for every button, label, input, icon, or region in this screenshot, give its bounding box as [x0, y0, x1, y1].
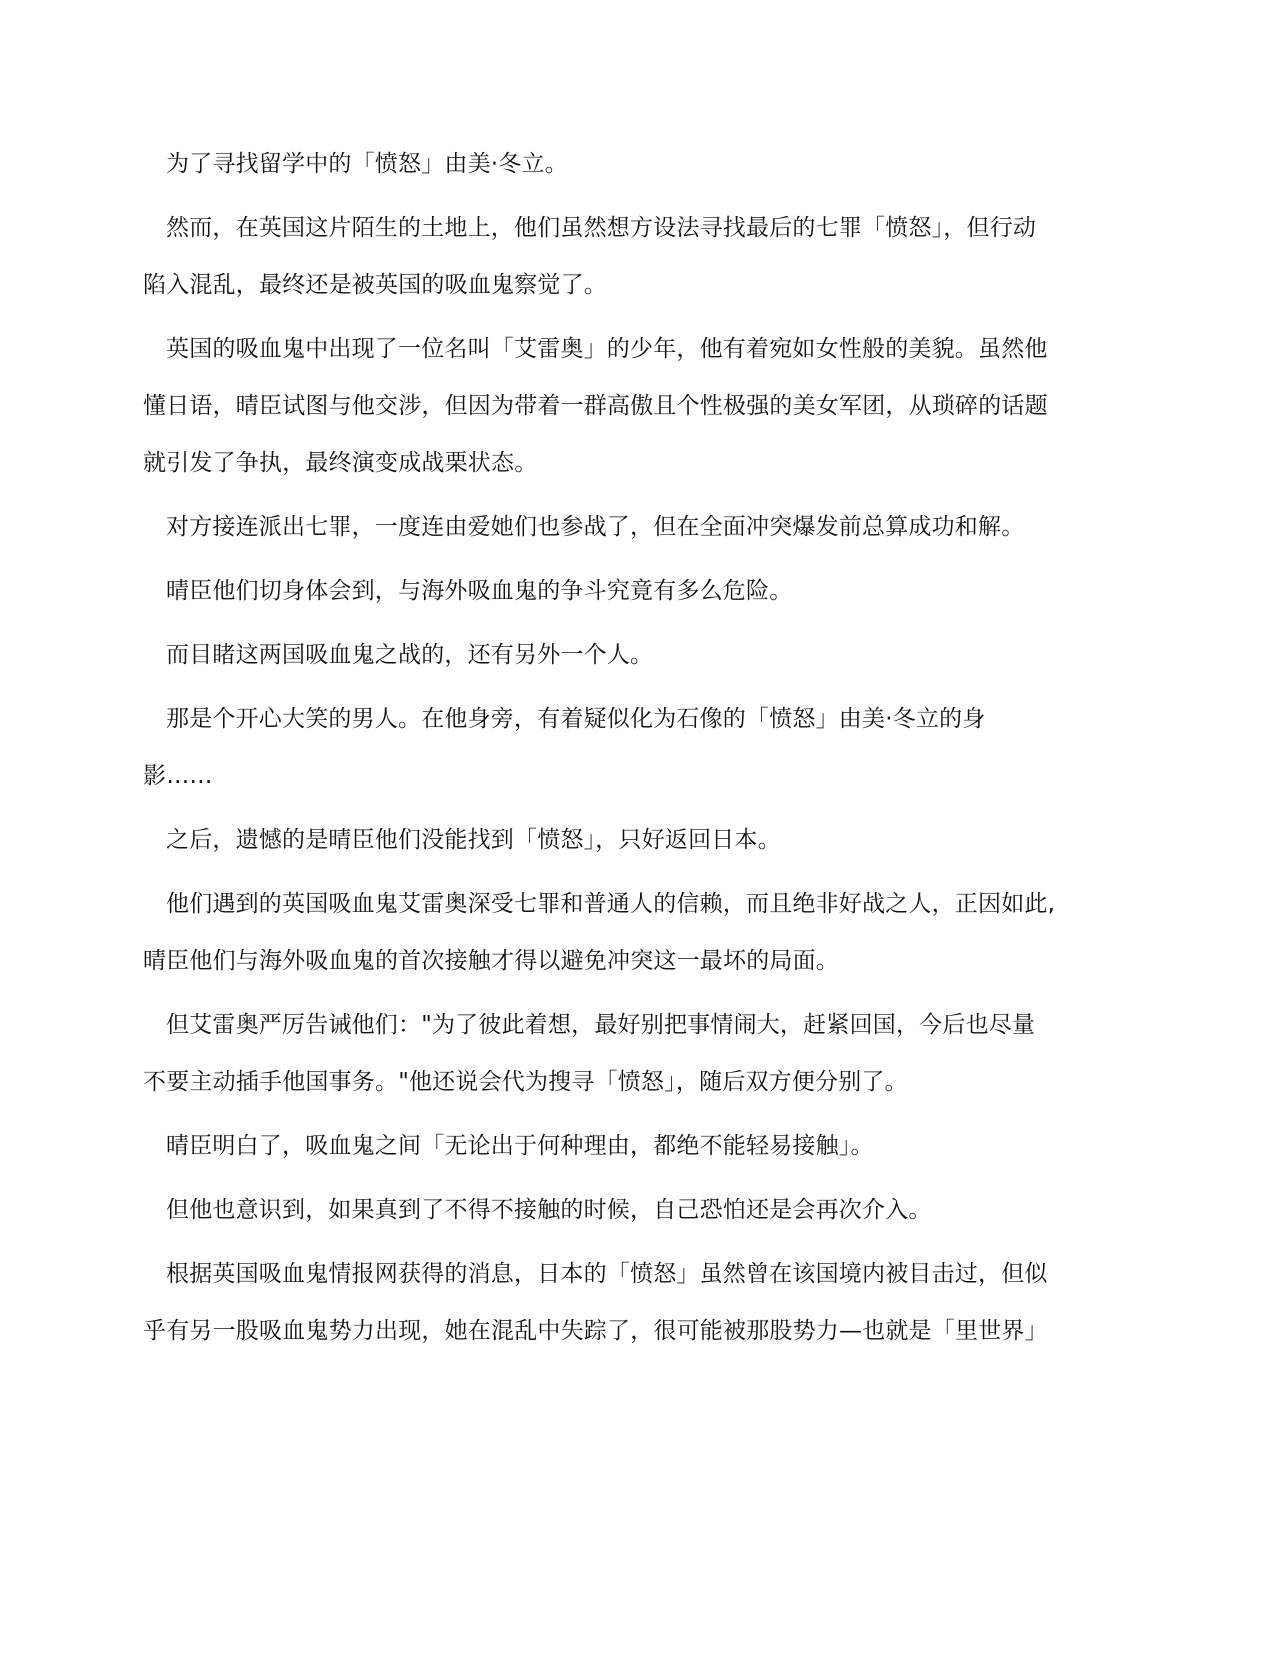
text-line: 但艾雷奥严厉告诫他们："为了彼此着想，最好别把事情闹大，赶紧回国，今后也尽量: [143, 1007, 1083, 1064]
paragraph-2: 然而，在英国这片陌生的土地上，他们虽然想方设法寻找最后的七罪「愤怒」，但行动 陷…: [143, 210, 1083, 324]
text-line: 晴臣他们与海外吸血鬼的首次接触才得以避免冲突这一最坏的局面。: [143, 943, 1083, 1000]
text-line: 乎有另一股吸血鬼势力出现，她在混乱中失踪了，很可能被那股势力—也就是「里世界」: [143, 1313, 1083, 1370]
paragraph-10: 但艾雷奥严厉告诫他们："为了彼此着想，最好别把事情闹大，赶紧回国，今后也尽量 不…: [143, 1007, 1083, 1121]
paragraph-12: 但他也意识到，如果真到了不得不接触的时候，自己恐怕还是会再次介入。: [143, 1192, 1083, 1249]
text-line: 他们遇到的英国吸血鬼艾雷奥深受七罪和普通人的信赖，而且绝非好战之人，正因如此,: [143, 886, 1083, 943]
paragraph-7: 那是个开心大笑的男人。在他身旁，有着疑似化为石像的「愤怒」由美·冬立的身 影……: [143, 701, 1083, 815]
text-line: 而目睹这两国吸血鬼之战的，还有另外一个人。: [143, 637, 1083, 694]
document-body: 为了寻找留学中的「愤怒」由美·冬立。 然而，在英国这片陌生的土地上，他们虽然想方…: [143, 146, 1083, 1377]
text-line: 那是个开心大笑的男人。在他身旁，有着疑似化为石像的「愤怒」由美·冬立的身: [143, 701, 1083, 758]
paragraph-13: 根据英国吸血鬼情报网获得的消息，日本的「愤怒」虽然曾在该国境内被目击过，但似 乎…: [143, 1256, 1083, 1370]
paragraph-11: 晴臣明白了，吸血鬼之间「无论出于何种理由，都绝不能轻易接触」。: [143, 1128, 1083, 1185]
text-line: 晴臣他们切身体会到，与海外吸血鬼的争斗究竟有多么危险。: [143, 573, 1083, 630]
paragraph-4: 对方接连派出七罪，一度连由爱她们也参战了，但在全面冲突爆发前总算成功和解。: [143, 509, 1083, 566]
text-line: 对方接连派出七罪，一度连由爱她们也参战了，但在全面冲突爆发前总算成功和解。: [143, 509, 1083, 566]
paragraph-5: 晴臣他们切身体会到，与海外吸血鬼的争斗究竟有多么危险。: [143, 573, 1083, 630]
paragraph-8: 之后，遗憾的是晴臣他们没能找到「愤怒」，只好返回日本。: [143, 822, 1083, 879]
text-line: 根据英国吸血鬼情报网获得的消息，日本的「愤怒」虽然曾在该国境内被目击过，但似: [143, 1256, 1083, 1313]
text-line: 懂日语，晴臣试图与他交涉，但因为带着一群高傲且个性极强的美女军团，从琐碎的话题: [143, 388, 1083, 445]
text-line: 不要主动插手他国事务。"他还说会代为搜寻「愤怒」，随后双方便分别了。: [143, 1064, 1083, 1121]
text-line: 晴臣明白了，吸血鬼之间「无论出于何种理由，都绝不能轻易接触」。: [143, 1128, 1083, 1185]
document-page: 为了寻找留学中的「愤怒」由美·冬立。 然而，在英国这片陌生的土地上，他们虽然想方…: [0, 0, 1280, 1656]
text-line: 为了寻找留学中的「愤怒」由美·冬立。: [143, 146, 1083, 203]
text-line: 然而，在英国这片陌生的土地上，他们虽然想方设法寻找最后的七罪「愤怒」，但行动: [143, 210, 1083, 267]
paragraph-1: 为了寻找留学中的「愤怒」由美·冬立。: [143, 146, 1083, 203]
text-line: 之后，遗憾的是晴臣他们没能找到「愤怒」，只好返回日本。: [143, 822, 1083, 879]
text-line: 英国的吸血鬼中出现了一位名叫「艾雷奥」的少年，他有着宛如女性般的美貌。虽然他: [143, 331, 1083, 388]
paragraph-3: 英国的吸血鬼中出现了一位名叫「艾雷奥」的少年，他有着宛如女性般的美貌。虽然他 懂…: [143, 331, 1083, 502]
text-line: 影……: [143, 758, 1083, 815]
paragraph-9: 他们遇到的英国吸血鬼艾雷奥深受七罪和普通人的信赖，而且绝非好战之人，正因如此, …: [143, 886, 1083, 1000]
text-line: 陷入混乱，最终还是被英国的吸血鬼察觉了。: [143, 267, 1083, 324]
text-line: 就引发了争执，最终演变成战栗状态。: [143, 445, 1083, 502]
paragraph-6: 而目睹这两国吸血鬼之战的，还有另外一个人。: [143, 637, 1083, 694]
text-line: 但他也意识到，如果真到了不得不接触的时候，自己恐怕还是会再次介入。: [143, 1192, 1083, 1249]
